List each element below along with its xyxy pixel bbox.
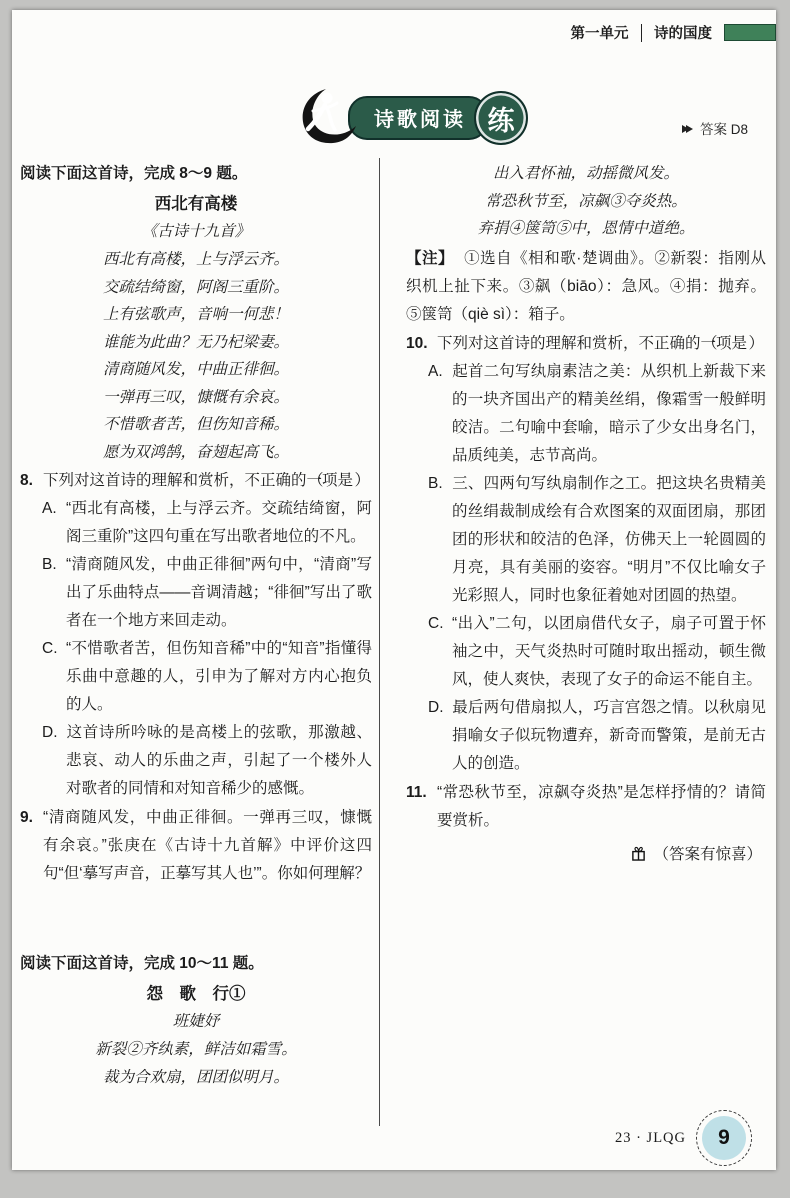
column-divider: [379, 158, 380, 1126]
question-number: 11.: [406, 779, 437, 807]
note-label: 【注】: [406, 250, 454, 267]
question-11: 11.“常恐秋节至，凉飙夺炎热”是怎样抒情的？请简要赏析。: [406, 779, 766, 835]
left-column: 阅读下面这首诗，完成 8～9 题。 西北有高楼 《古诗十九首》 西北有高楼，上与…: [20, 160, 372, 1091]
question-stem: 下列对这首诗的理解和赏析，不正确的一项是: [437, 335, 747, 352]
option-text: 这首诗所吟咏的是高楼上的弦歌，那激越、悲哀、动人的乐曲之声，引起了一个楼外人对歌…: [66, 724, 372, 797]
blank-space: [20, 888, 372, 950]
page-root: 第一单元 诗的国度 诗歌阅读 练 答案 D8 阅读下面这首诗，完成 8～9 题。…: [12, 10, 776, 1170]
banner-title: 诗歌阅读: [348, 96, 488, 140]
poem1-title: 西北有高楼: [20, 190, 372, 218]
option-label: D.: [42, 719, 66, 747]
option-label: A.: [428, 358, 452, 386]
poem1-source: 《古诗十九首》: [20, 218, 372, 246]
figure-swoosh-icon: [300, 88, 362, 149]
poem-line: 谁能为此曲？无乃杞梁妻。: [20, 329, 372, 357]
question-number: 10.: [406, 330, 437, 358]
poem-line: 清商随风发，中曲正徘徊。: [20, 356, 372, 384]
poem2-title: 怨 歌 行①: [20, 980, 372, 1008]
option-label: D.: [428, 694, 452, 722]
poem-line: 弃捐④箧笥⑤中，恩情中道绝。: [406, 215, 766, 243]
option-text: “出入”二句，以团扇借代女子，扇子可置于怀袖之中，天气炎热时可随时取出摇动，顿生…: [452, 615, 766, 688]
option-b: B.“清商随风发，中曲正徘徊”两句中，“清商”写出了乐曲特点——音调清越；“徘徊…: [20, 551, 372, 635]
page-number-badge: 9: [702, 1116, 746, 1160]
practice-banner: 诗歌阅读 练: [300, 90, 528, 146]
banner-badge: 练: [474, 91, 528, 145]
option-d: D.最后两句借扇拟人，巧言宫怨之情。以秋扇见捐喻女子似玩物遭弃，新奇而警策，是前…: [406, 694, 766, 778]
unit-accent-bar: [724, 24, 776, 41]
poem-line: 新裂②齐纨素，鲜洁如霜雪。: [20, 1036, 372, 1064]
poem-line: 不惜歌者苦，但伤知音稀。: [20, 411, 372, 439]
option-b: B.三、四两句写纨扇制作之工。把这块名贵精美的丝绢裁制成绘有合欢图案的双面团扇，…: [406, 470, 766, 610]
answer-reference: 答案 D8: [682, 118, 748, 138]
gift-icon: [631, 846, 653, 863]
option-text: “清商随风发，中曲正徘徊”两句中，“清商”写出了乐曲特点——音调清越；“徘徊”写…: [66, 556, 372, 629]
poem-line: 交疏结绮窗，阿阁三重阶。: [20, 274, 372, 302]
option-c: C.“出入”二句，以团扇借代女子，扇子可置于怀袖之中，天气炎热时可随时取出摇动，…: [406, 610, 766, 694]
unit-title: 诗的国度: [654, 22, 712, 43]
option-text: “西北有高楼，上与浮云齐。交疏结绮窗，阿阁三重阶”这四句重在写出歌者地位的不凡。: [66, 500, 372, 545]
option-d: D.这首诗所吟咏的是高楼上的弦歌，那激越、悲哀、动人的乐曲之声，引起了一个楼外人…: [20, 719, 372, 803]
poem-line: 出入君怀袖，动摇微风发。: [406, 160, 766, 188]
answer-ref-label: 答案 D8: [700, 118, 748, 138]
poem2-author: 班婕妤: [20, 1008, 372, 1036]
unit-divider: [641, 24, 643, 42]
option-label: B.: [42, 551, 66, 579]
reading-intro-1: 阅读下面这首诗，完成 8～9 题。: [20, 160, 372, 188]
option-label: B.: [428, 470, 452, 498]
unit-header: 第一单元 诗的国度: [571, 22, 777, 43]
option-c: C.“不惜歌者苦，但伤知音稀”中的“知音”指懂得乐曲中意趣的人，引申为了解对方内…: [20, 635, 372, 719]
question-text: “清商随风发，中曲正徘徊。一弹再三叹，慷慨有余哀。”张庚在《古诗十九首解》中评价…: [43, 809, 372, 882]
reading-intro-2: 阅读下面这首诗，完成 10～11 题。: [20, 950, 372, 978]
option-text: 起首二句写纨扇素洁之美：从织机上新裁下来的一块齐国出产的精美丝绢，像霜雪一般鲜明…: [452, 363, 766, 464]
unit-label: 第一单元: [571, 22, 629, 43]
poem-line: 一弹再三叹，慷慨有余哀。: [20, 384, 372, 412]
answer-hint-row: （答案有惊喜）: [406, 841, 766, 869]
footer-code: 23 · JLQG: [615, 1130, 686, 1147]
answer-blank: （ ）: [702, 330, 764, 358]
poem-line: 裁为合欢扇，团团似明月。: [20, 1064, 372, 1092]
question-9: 9.“清商随风发，中曲正徘徊。一弹再三叹，慷慨有余哀。”张庚在《古诗十九首解》中…: [20, 804, 372, 888]
note-text: ①选自《相和歌·楚调曲》。②新裂：指刚从织机上扯下来。③飙（biāo）：急风。④…: [406, 250, 766, 323]
option-label: C.: [428, 610, 452, 638]
question-stem: 下列对这首诗的理解和赏析，不正确的一项是: [43, 472, 353, 489]
poem-line: 上有弦歌声，音响一何悲！: [20, 301, 372, 329]
option-a: A.起首二句写纨扇素洁之美：从织机上新裁下来的一块齐国出产的精美丝绢，像霜雪一般…: [406, 358, 766, 470]
option-text: 最后两句借扇拟人，巧言宫怨之情。以秋扇见捐喻女子似玩物遭弃，新奇而警策，是前无古…: [452, 699, 766, 772]
answer-blank: （ ）: [308, 467, 370, 495]
question-text: “常恐秋节至，凉飙夺炎热”是怎样抒情的？请简要赏析。: [437, 784, 766, 829]
option-text: “不惜歌者苦，但伤知音稀”中的“知音”指懂得乐曲中意趣的人，引申为了解对方内心抱…: [66, 640, 372, 713]
right-column: 出入君怀袖，动摇微风发。 常恐秋节至，凉飙③夺炎热。 弃捐④箧笥⑤中，恩情中道绝…: [396, 160, 766, 869]
poem-line: 西北有高楼，上与浮云齐。: [20, 246, 372, 274]
question-number: 8.: [20, 467, 43, 495]
footer: 23 · JLQG 9: [615, 1116, 746, 1160]
question-number: 9.: [20, 804, 43, 832]
option-a: A.“西北有高楼，上与浮云齐。交疏结绮窗，阿阁三重阶”这四句重在写出歌者地位的不…: [20, 495, 372, 551]
option-label: A.: [42, 495, 66, 523]
answer-arrows-icon: [682, 121, 693, 136]
answer-hint-text: （答案有惊喜）: [653, 846, 762, 863]
option-label: C.: [42, 635, 66, 663]
question-10: 10.下列对这首诗的理解和赏析，不正确的一项是 （ ）: [406, 330, 766, 358]
option-text: 三、四两句写纨扇制作之工。把这块名贵精美的丝绢裁制成绘有合欢图案的双面团扇，那团…: [452, 475, 766, 604]
question-8: 8.下列对这首诗的理解和赏析，不正确的一项是 （ ）: [20, 467, 372, 495]
poem-line: 愿为双鸿鹄，奋翅起高飞。: [20, 439, 372, 467]
poem-line: 常恐秋节至，凉飙③夺炎热。: [406, 188, 766, 216]
note-block: 【注】①选自《相和歌·楚调曲》。②新裂：指刚从织机上扯下来。③飙（biāo）：急…: [406, 245, 766, 329]
